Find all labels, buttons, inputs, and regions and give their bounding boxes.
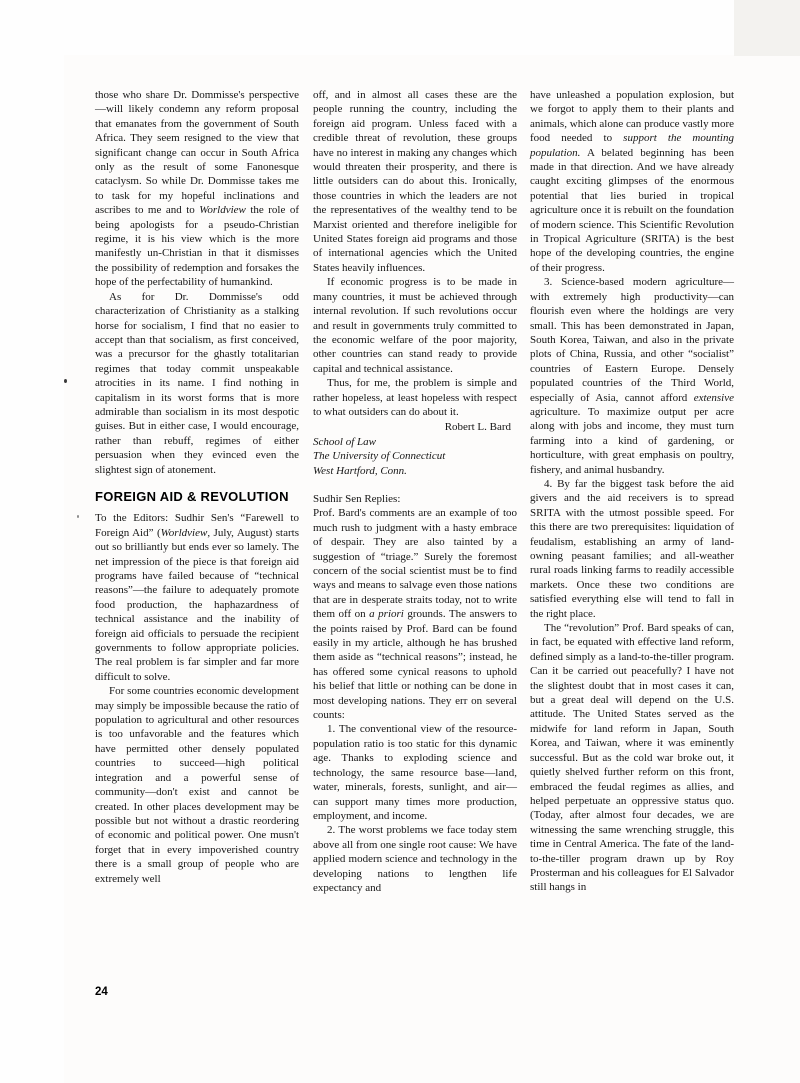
paragraph: For some countries economic development … — [95, 684, 299, 886]
text-column-3: have unleashed a population explosion, b… — [530, 88, 734, 895]
section-heading: FOREIGN AID & REVOLUTION — [95, 490, 299, 504]
scan-shading-corner — [734, 0, 800, 56]
magazine-page: those who share Dr. Dommisse's perspecti… — [0, 0, 800, 1083]
paragraph: As for Dr. Dommisse's odd characterizati… — [95, 290, 299, 477]
paragraph: those who share Dr. Dommisse's perspecti… — [95, 88, 299, 290]
paragraph: 4. By far the biggest task before the ai… — [530, 477, 734, 621]
paragraph: 2. The worst problems we face today stem… — [313, 823, 517, 895]
credit-line: The University of Connecticut — [313, 449, 517, 463]
text-column-1: those who share Dr. Dommisse's perspecti… — [95, 88, 299, 886]
paragraph: If economic progress is to be made in ma… — [313, 275, 517, 376]
text-column-2: off, and in almost all cases these are t… — [313, 88, 517, 895]
paragraph: Prof. Bard's comments are an example of … — [313, 506, 517, 722]
paragraph: Thus, for me, the problem is simple and … — [313, 376, 517, 419]
ink-speck — [64, 379, 67, 383]
reply-label: Sudhir Sen Replies: — [313, 492, 517, 506]
paragraph: The “revolution” Prof. Bard speaks of ca… — [530, 621, 734, 895]
paragraph: have unleashed a population explosion, b… — [530, 88, 734, 275]
paragraph: 3. Science-based modern agriculture—with… — [530, 275, 734, 477]
signature: Robert L. Bard — [313, 420, 517, 434]
paragraph: off, and in almost all cases these are t… — [313, 88, 517, 275]
credit-line: West Hartford, Conn. — [313, 464, 517, 478]
paragraph: To the Editors: Sudhir Sen's “Farewell t… — [95, 511, 299, 684]
ink-speck — [77, 515, 79, 518]
credit-line: School of Law — [313, 435, 517, 449]
page-number: 24 — [95, 986, 108, 998]
paragraph: 1. The conventional view of the resource… — [313, 722, 517, 823]
